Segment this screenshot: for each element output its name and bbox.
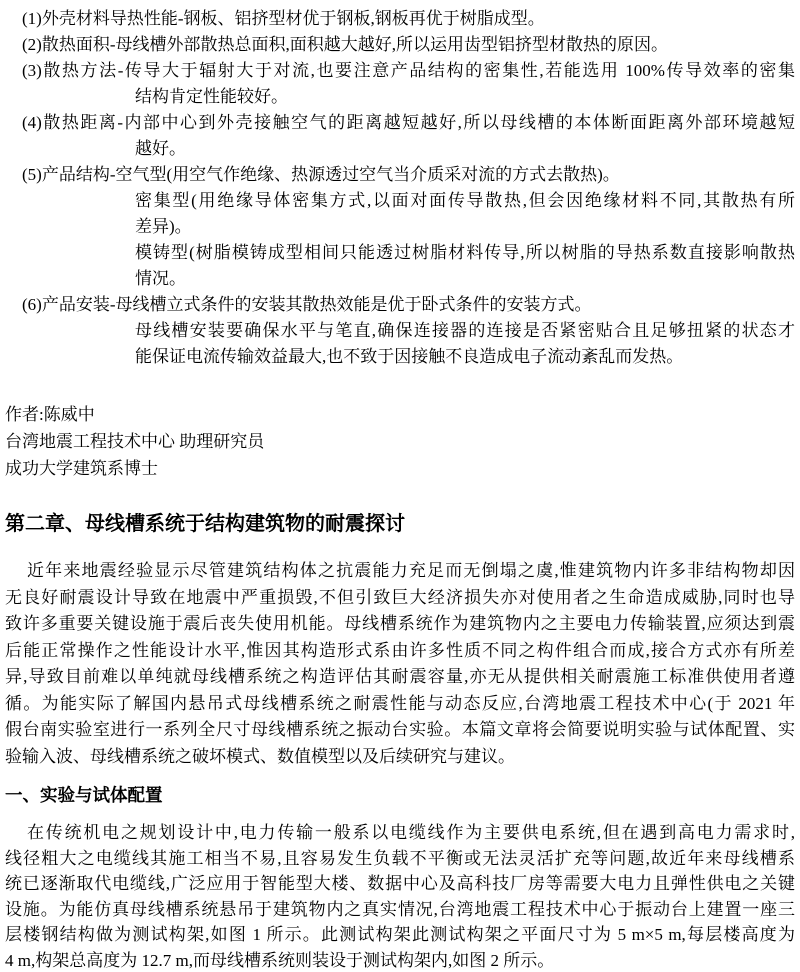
paragraph-line: 验输入波、母线槽系统之破坏模式、数值模型以及后续研究与建议。 xyxy=(5,744,795,771)
list-line: 母线槽安装要确保水平与笔直,确保连接器的连接是否紧密贴合且足够扭紧的状态才 xyxy=(5,318,795,344)
list-line: 能保证电流传输效益最大,也不致于因接触不良造成电子流动紊乱而发热。 xyxy=(5,344,795,370)
author-name-line: 作者:陈威中 xyxy=(5,401,795,428)
list-line: 情况。 xyxy=(5,266,795,292)
list-line: (6)产品安装-母线槽立式条件的安装其散热效能是优于卧式条件的安装方式。 xyxy=(5,292,795,318)
author-affiliation-line: 台湾地震工程技术中心 助理研究员 xyxy=(5,428,795,455)
paragraph-line: 统已逐渐取代电缆线,广泛应用于智能型大楼、数据中心及高科技厂房等需要大电力且弹性… xyxy=(5,871,795,897)
paragraph-line: 异,导致目前难以单纯就母线槽系统之构造评估其耐震容量,亦无从提供相关耐震施工标准… xyxy=(5,664,795,691)
paragraph-line: 假台南实验室进行一系列全尺寸母线槽系统之振动台实验。本篇文章将会简要说明实验与试… xyxy=(5,717,795,744)
list-line: (2)散热面积-母线槽外部散热总面积,面积越大越好,所以运用齿型铝挤型材散热的原… xyxy=(5,32,795,58)
list-line: 密集型(用绝缘导体密集方式,以面对面传导散热,但会因绝缘材料不同,其散热有所 xyxy=(5,188,795,214)
paragraph-line: 近年来地震经验显示尽管建筑结构体之抗震能力充足而无倒塌之虞,惟建筑物内许多非结构… xyxy=(5,558,795,585)
list-line: (3)散热方法-传导大于辐射大于对流,也要注意产品结构的密集性,若能选用 100… xyxy=(5,58,795,84)
paragraph-line: 4 m,构架总高度为 12.7 m,而母线槽系统则装设于测试构架内,如图 2 所… xyxy=(5,948,795,972)
author-block: 作者:陈威中 台湾地震工程技术中心 助理研究员 成功大学建筑系博士 xyxy=(5,401,795,482)
paragraph-line: 致许多重要关键设施于震后丧失使用机能。母线槽系统作为建筑物内之主要电力传输装置,… xyxy=(5,611,795,638)
heat-dissipation-list: (1)外壳材料导热性能-钢板、铝挤型材优于钢板,钢板再优于树脂成型。 (2)散热… xyxy=(5,0,795,370)
list-line: 结构肯定性能较好。 xyxy=(5,84,795,110)
list-line: 越好。 xyxy=(5,136,795,162)
list-line: 模铸型(树脂模铸成型相间只能透过树脂材料传导,所以树脂的导热系数直接影响散热 xyxy=(5,240,795,266)
paragraph-line: 设施。为能仿真母线槽系统悬吊于建筑物内之真实情况,台湾地震工程技术中心于振动台上… xyxy=(5,897,795,923)
list-line: (5)产品结构-空气型(用空气作绝缘、热源透过空气当介质采对流的方式去散热)。 xyxy=(5,162,795,188)
paragraph-line: 在传统机电之规划设计中,电力传输一般系以电缆线作为主要供电系统,但在遇到高电力需… xyxy=(5,820,795,846)
section-heading: 一、实验与试体配置 xyxy=(5,782,795,808)
chapter-heading: 第二章、母线槽系统于结构建筑物的耐震探讨 xyxy=(5,510,795,538)
section1-paragraph: 在传统机电之规划设计中,电力传输一般系以电缆线作为主要供电系统,但在遇到高电力需… xyxy=(5,820,795,972)
paragraph-line: 后能正常操作之性能设计水平,惟因其构造形式系由许多性质不同之构件组合而成,接合方… xyxy=(5,638,795,665)
list-line: 差异)。 xyxy=(5,214,795,240)
paragraph-line: 层楼钢结构做为测试构架,如图 1 所示。此测试构架此测试构架之平面尺寸为 5 m… xyxy=(5,922,795,948)
chapter-intro-paragraph: 近年来地震经验显示尽管建筑结构体之抗震能力充足而无倒塌之虞,惟建筑物内许多非结构… xyxy=(5,558,795,770)
paragraph-line: 无良好耐震设计导致在地震中严重损毁,不但引致巨大经济损失亦对使用者之生命造成威胁… xyxy=(5,585,795,612)
author-degree-line: 成功大学建筑系博士 xyxy=(5,455,795,482)
list-line: (4)散热距离-内部中心到外壳接触空气的距离越短越好,所以母线槽的本体断面距离外… xyxy=(5,110,795,136)
document-page: (1)外壳材料导热性能-钢板、铝挤型材优于钢板,钢板再优于树脂成型。 (2)散热… xyxy=(0,0,800,972)
list-line: (1)外壳材料导热性能-钢板、铝挤型材优于钢板,钢板再优于树脂成型。 xyxy=(5,6,795,32)
paragraph-line: 循。为能实际了解国内悬吊式母线槽系统之耐震性能与动态反应,台湾地震工程技术中心(… xyxy=(5,691,795,718)
paragraph-line: 线径粗大之电缆线其施工相当不易,且容易发生负载不平衡或无法灵活扩充等问题,故近年… xyxy=(5,846,795,872)
